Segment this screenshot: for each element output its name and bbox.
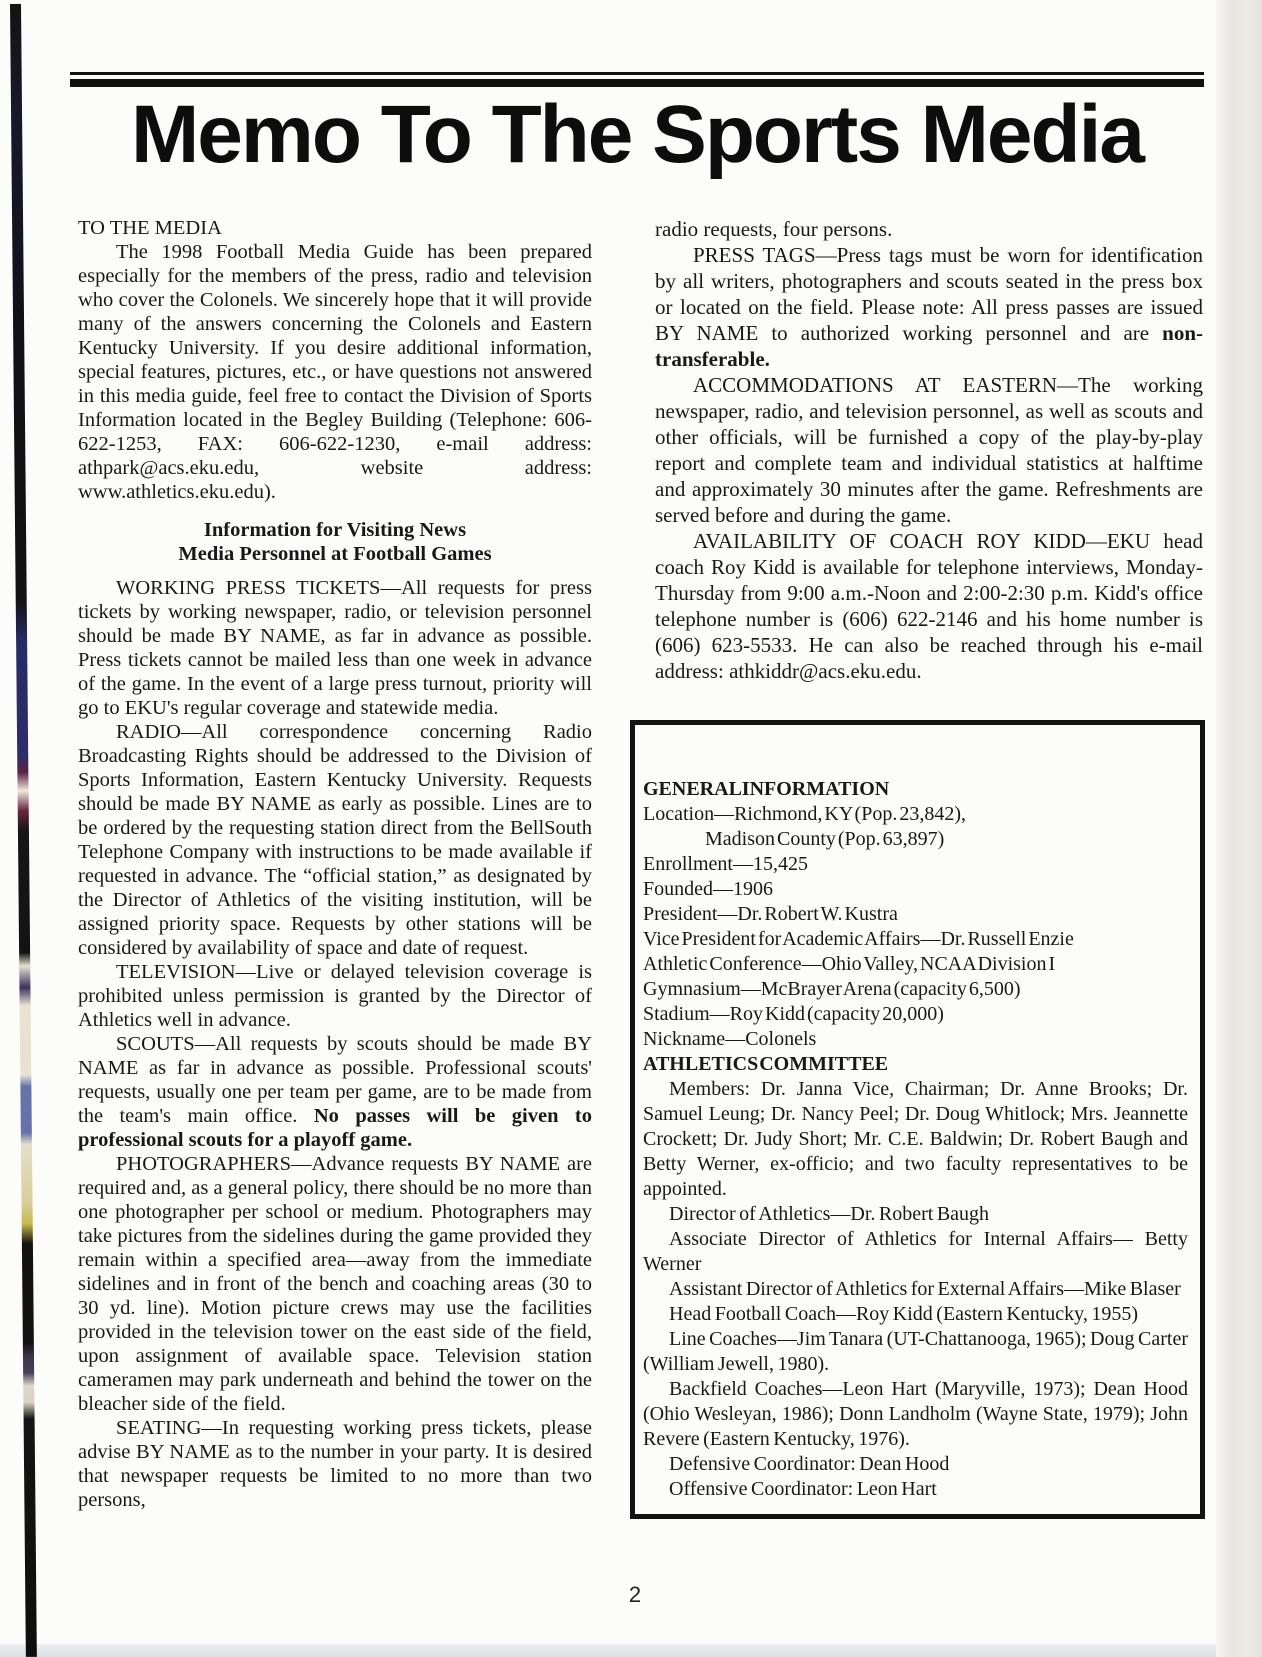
page-number: 2 <box>600 1582 670 1608</box>
working-press-tickets-paragraph: WORKING PRESS TICKETS—All requests for p… <box>78 576 592 720</box>
left-column: TO THE MEDIA The 1998 Football Media Gui… <box>78 216 592 1512</box>
title-rule-thick <box>70 79 1204 87</box>
vice-president-line: Vice President for Academic Affairs—Dr. … <box>643 927 1188 952</box>
president-line: President—Dr. Robert W. Kustra <box>643 902 1188 927</box>
coach-availability-paragraph: AVAILABILITY OF COACH ROY KIDD—EKU head … <box>655 528 1203 684</box>
backfield-coaches-line: Backfield Coaches—Leon Hart (Maryville, … <box>643 1377 1188 1452</box>
scanned-media-guide-page: Memo To The Sports Media TO THE MEDIA Th… <box>0 0 1262 1657</box>
photographers-paragraph: PHOTOGRAPHERS—Advance requests BY NAME a… <box>78 1152 592 1416</box>
book-spine-edge <box>10 4 37 1657</box>
visiting-media-heading: Information for Visiting News Media Pers… <box>78 518 592 566</box>
assistant-director-line: Assistant Director of Athletics for Exte… <box>643 1277 1188 1302</box>
offensive-coordinator-line: Offensive Coordinator: Leon Hart <box>643 1477 1188 1502</box>
visiting-media-heading-line1: Information for Visiting News <box>204 519 466 541</box>
general-information-box: GENERAL INFORMATION Location—Richmond, K… <box>630 720 1205 1519</box>
to-the-media-heading: TO THE MEDIA <box>78 216 592 240</box>
founded-line: Founded—1906 <box>643 877 1188 902</box>
television-paragraph: TELEVISION—Live or delayed television co… <box>78 960 592 1032</box>
line-coaches-line: Line Coaches—Jim Tanara (UT-Chattanooga,… <box>643 1327 1188 1377</box>
head-football-coach-line: Head Football Coach—Roy Kidd (Eastern Ke… <box>643 1302 1188 1327</box>
enrollment-line: Enrollment—15,425 <box>643 852 1188 877</box>
accommodations-paragraph: ACCOMMODATIONS AT EASTERN—The working ne… <box>655 372 1203 528</box>
visiting-media-heading-line2: Media Personnel at Football Games <box>178 543 491 565</box>
page-edge-shadow-bottom <box>0 1644 1262 1657</box>
athletic-conference-line: Athletic Conference—Ohio Valley, NCAA Di… <box>643 952 1188 977</box>
seating-paragraph: SEATING—In requesting working press tick… <box>78 1416 592 1512</box>
director-of-athletics-line: Director of Athletics—Dr. Robert Baugh <box>643 1202 1188 1227</box>
location-line: Location—Richmond, KY (Pop. 23,842), <box>643 802 1188 827</box>
press-tags-paragraph: PRESS TAGS—Press tags must be worn for i… <box>655 242 1203 372</box>
stadium-line: Stadium—Roy Kidd (capacity 20,000) <box>643 1002 1188 1027</box>
scouts-paragraph: SCOUTS—All requests by scouts should be … <box>78 1032 592 1152</box>
general-information-heading: GENERAL INFORMATION <box>643 777 1188 802</box>
committee-members-paragraph: Members: Dr. Janna Vice, Chairman; Dr. A… <box>643 1077 1188 1202</box>
seating-continuation: radio requests, four persons. <box>655 216 1203 242</box>
title-rule-thin <box>70 72 1204 75</box>
page-edge-shadow-right <box>1216 0 1262 1657</box>
page-title: Memo To The Sports Media <box>70 94 1204 176</box>
nickname-line: Nickname—Colonels <box>643 1027 1188 1052</box>
intro-paragraph: The 1998 Football Media Guide has been p… <box>78 240 592 504</box>
right-column: radio requests, four persons. PRESS TAGS… <box>655 216 1203 1519</box>
athletics-committee-heading: ATHLETICS COMMITTEE <box>643 1052 1188 1077</box>
gymnasium-line: Gymnasium—McBrayer Arena (capacity 6,500… <box>643 977 1188 1002</box>
press-tags-text: PRESS TAGS—Press tags must be worn for i… <box>655 243 1203 345</box>
location-line-continuation: Madison County (Pop. 63,897) <box>643 827 1188 852</box>
associate-director-line: Associate Director of Athletics for Inte… <box>643 1227 1188 1277</box>
defensive-coordinator-line: Defensive Coordinator: Dean Hood <box>643 1452 1188 1477</box>
radio-paragraph: RADIO—All correspondence concerning Radi… <box>78 720 592 960</box>
